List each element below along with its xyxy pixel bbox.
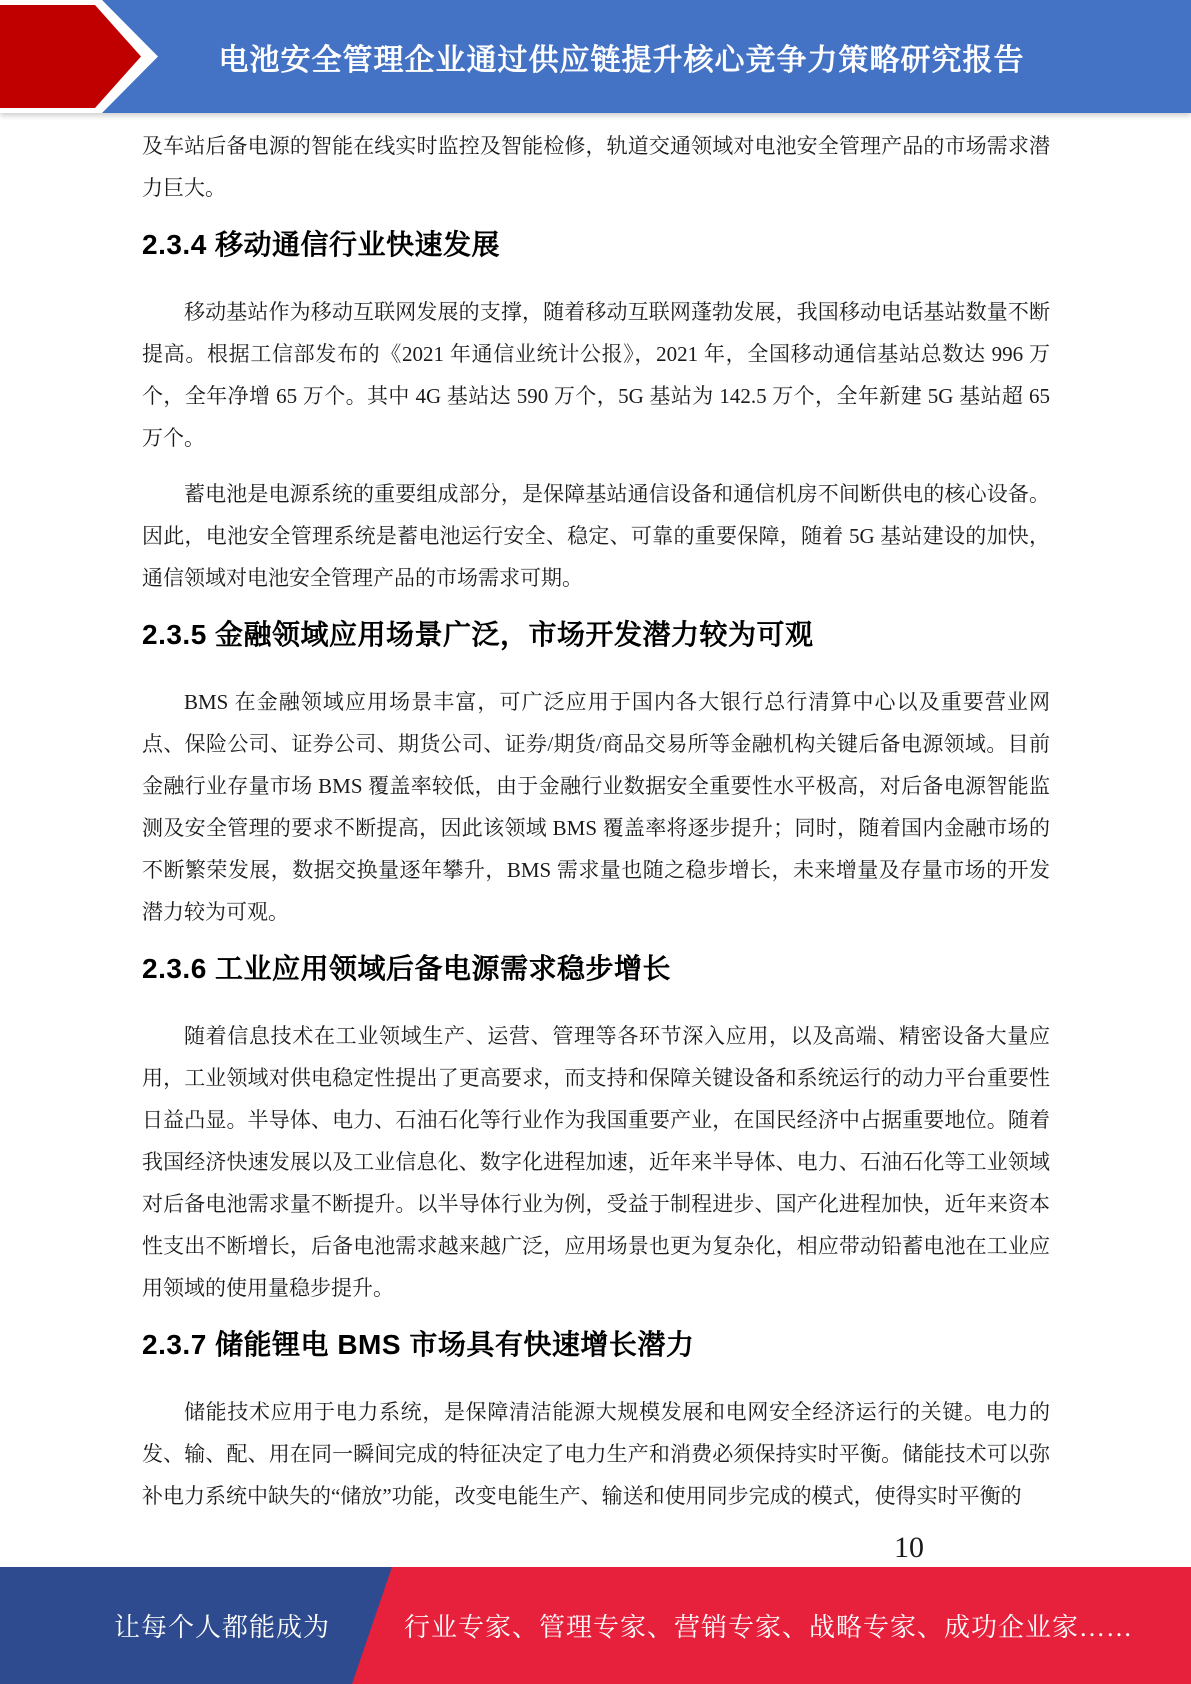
heading-2-3-7: 2.3.7 储能锂电 BMS 市场具有快速增长潜力 <box>142 1325 1050 1365</box>
page-number: 10 <box>142 1531 1050 1565</box>
footer-slogan-left: 让每个人都能成为 <box>114 1607 330 1644</box>
paragraph-finance-bms: BMS 在金融领域应用场景丰富，可广泛应用于国内各大银行总行清算中心以及重要营业… <box>142 681 1050 933</box>
page-title: 电池安全管理企业通过供应链提升核心竞争力策略研究报告 <box>52 0 1191 113</box>
paragraph-telecom-battery: 蓄电池是电源系统的重要组成部分，是保障基站通信设备和通信机房不间断供电的核心设备… <box>142 473 1050 599</box>
paragraph-energy-storage: 储能技术应用于电力系统，是保障清洁能源大规模发展和电网安全经济运行的关键。电力的… <box>142 1391 1050 1517</box>
heading-2-3-5: 2.3.5 金融领域应用场景广泛，市场开发潜力较为可观 <box>142 615 1050 655</box>
footer-slogan-right: 行业专家、管理专家、营销专家、战略专家、成功企业家…… <box>404 1607 1133 1644</box>
footer-blue-panel: 让每个人都能成为 <box>0 1567 392 1684</box>
footer-banner: 让每个人都能成为 行业专家、管理专家、营销专家、战略专家、成功企业家…… <box>0 1567 1191 1684</box>
paragraph-rail-transit-continued: 及车站后备电源的智能在线实时监控及智能检修，轨道交通领域对电池安全管理产品的市场… <box>142 125 1050 209</box>
paragraph-mobile-base-stations: 移动基站作为移动互联网发展的支撑，随着移动互联网蓬勃发展，我国移动电话基站数量不… <box>142 291 1050 459</box>
header-banner: 电池安全管理企业通过供应链提升核心竞争力策略研究报告 <box>0 0 1191 113</box>
report-page: 电池安全管理企业通过供应链提升核心竞争力策略研究报告 及车站后备电源的智能在线实… <box>0 0 1191 1684</box>
heading-2-3-4: 2.3.4 移动通信行业快速发展 <box>142 225 1050 265</box>
heading-2-3-6: 2.3.6 工业应用领域后备电源需求稳步增长 <box>142 949 1050 989</box>
paragraph-industry-backup-power: 随着信息技术在工业领域生产、运营、管理等各环节深入应用，以及高端、精密设备大量应… <box>142 1015 1050 1309</box>
document-body: 及车站后备电源的智能在线实时监控及智能检修，轨道交通领域对电池安全管理产品的市场… <box>0 113 1191 1565</box>
footer-red-panel: 行业专家、管理专家、营销专家、战略专家、成功企业家…… <box>392 1567 1191 1684</box>
